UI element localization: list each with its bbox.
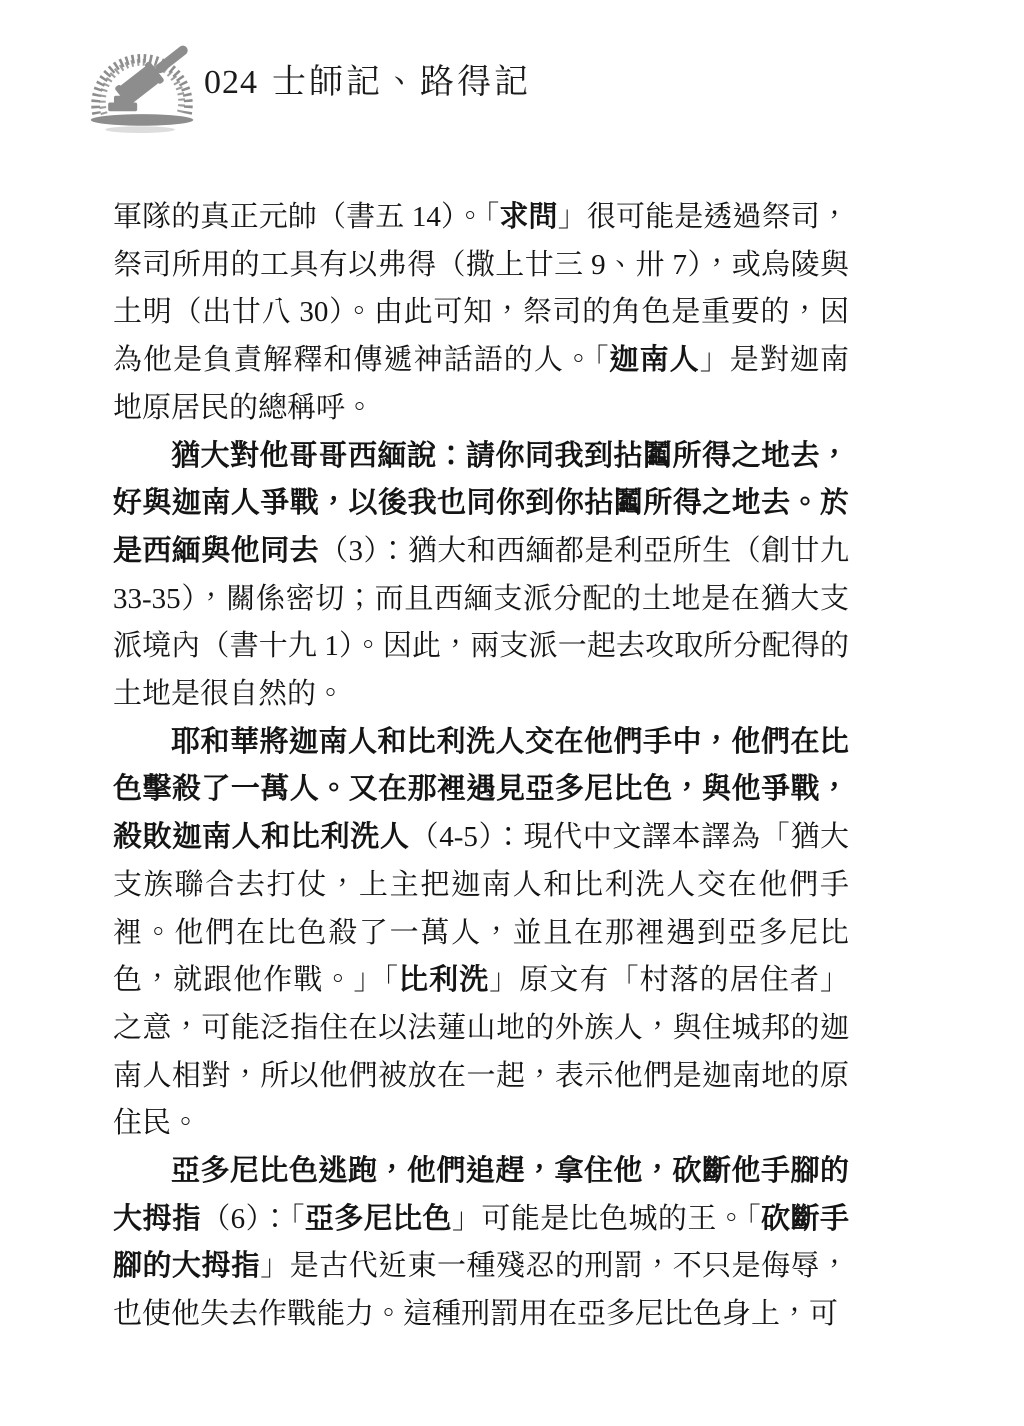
scripture-quote-text: 求問: [499, 201, 557, 233]
header-title: 024士師記、路得記: [204, 54, 531, 103]
commentary-text: （6）：「: [201, 1203, 305, 1235]
scripture-quote-text: 亞多尼比色: [305, 1203, 452, 1235]
paragraph: 軍隊的真正元帥（書五 14）。「求問」很可能是透過祭司，祭司所用的工具有以弗得（…: [113, 194, 849, 433]
gavel-wreath-icon: [84, 40, 200, 138]
paragraph: 亞多尼比色逃跑，他們追趕，拿住他，砍斷他手腳的大拇指（6）：「亞多尼比色」可能是…: [113, 1148, 849, 1339]
commentary-text: 」可能是比色城的王。「: [452, 1203, 761, 1235]
commentary-text: 軍隊的真正元帥（書五 14）。「: [113, 201, 499, 233]
page-number: 024: [204, 64, 258, 101]
scripture-quote-text: 迦南人: [610, 344, 700, 376]
paragraph: 猶大對他哥哥西緬說：請你同我到拈鬮所得之地去，好與迦南人爭戰，以後我也同你到你拈…: [113, 433, 849, 719]
book-page: 024士師記、路得記 軍隊的真正元帥（書五 14）。「求問」很可能是透過祭司，祭…: [0, 0, 1024, 1426]
page-body: 軍隊的真正元帥（書五 14）。「求問」很可能是透過祭司，祭司所用的工具有以弗得（…: [113, 194, 849, 1339]
scripture-quote-text: 比利洗: [399, 964, 489, 996]
book-title: 士師記、路得記: [272, 64, 531, 101]
paragraph: 耶和華將迦南人和比利洗人交在他們手中，他們在比色擊殺了一萬人。又在那裡遇見亞多尼…: [113, 719, 849, 1148]
